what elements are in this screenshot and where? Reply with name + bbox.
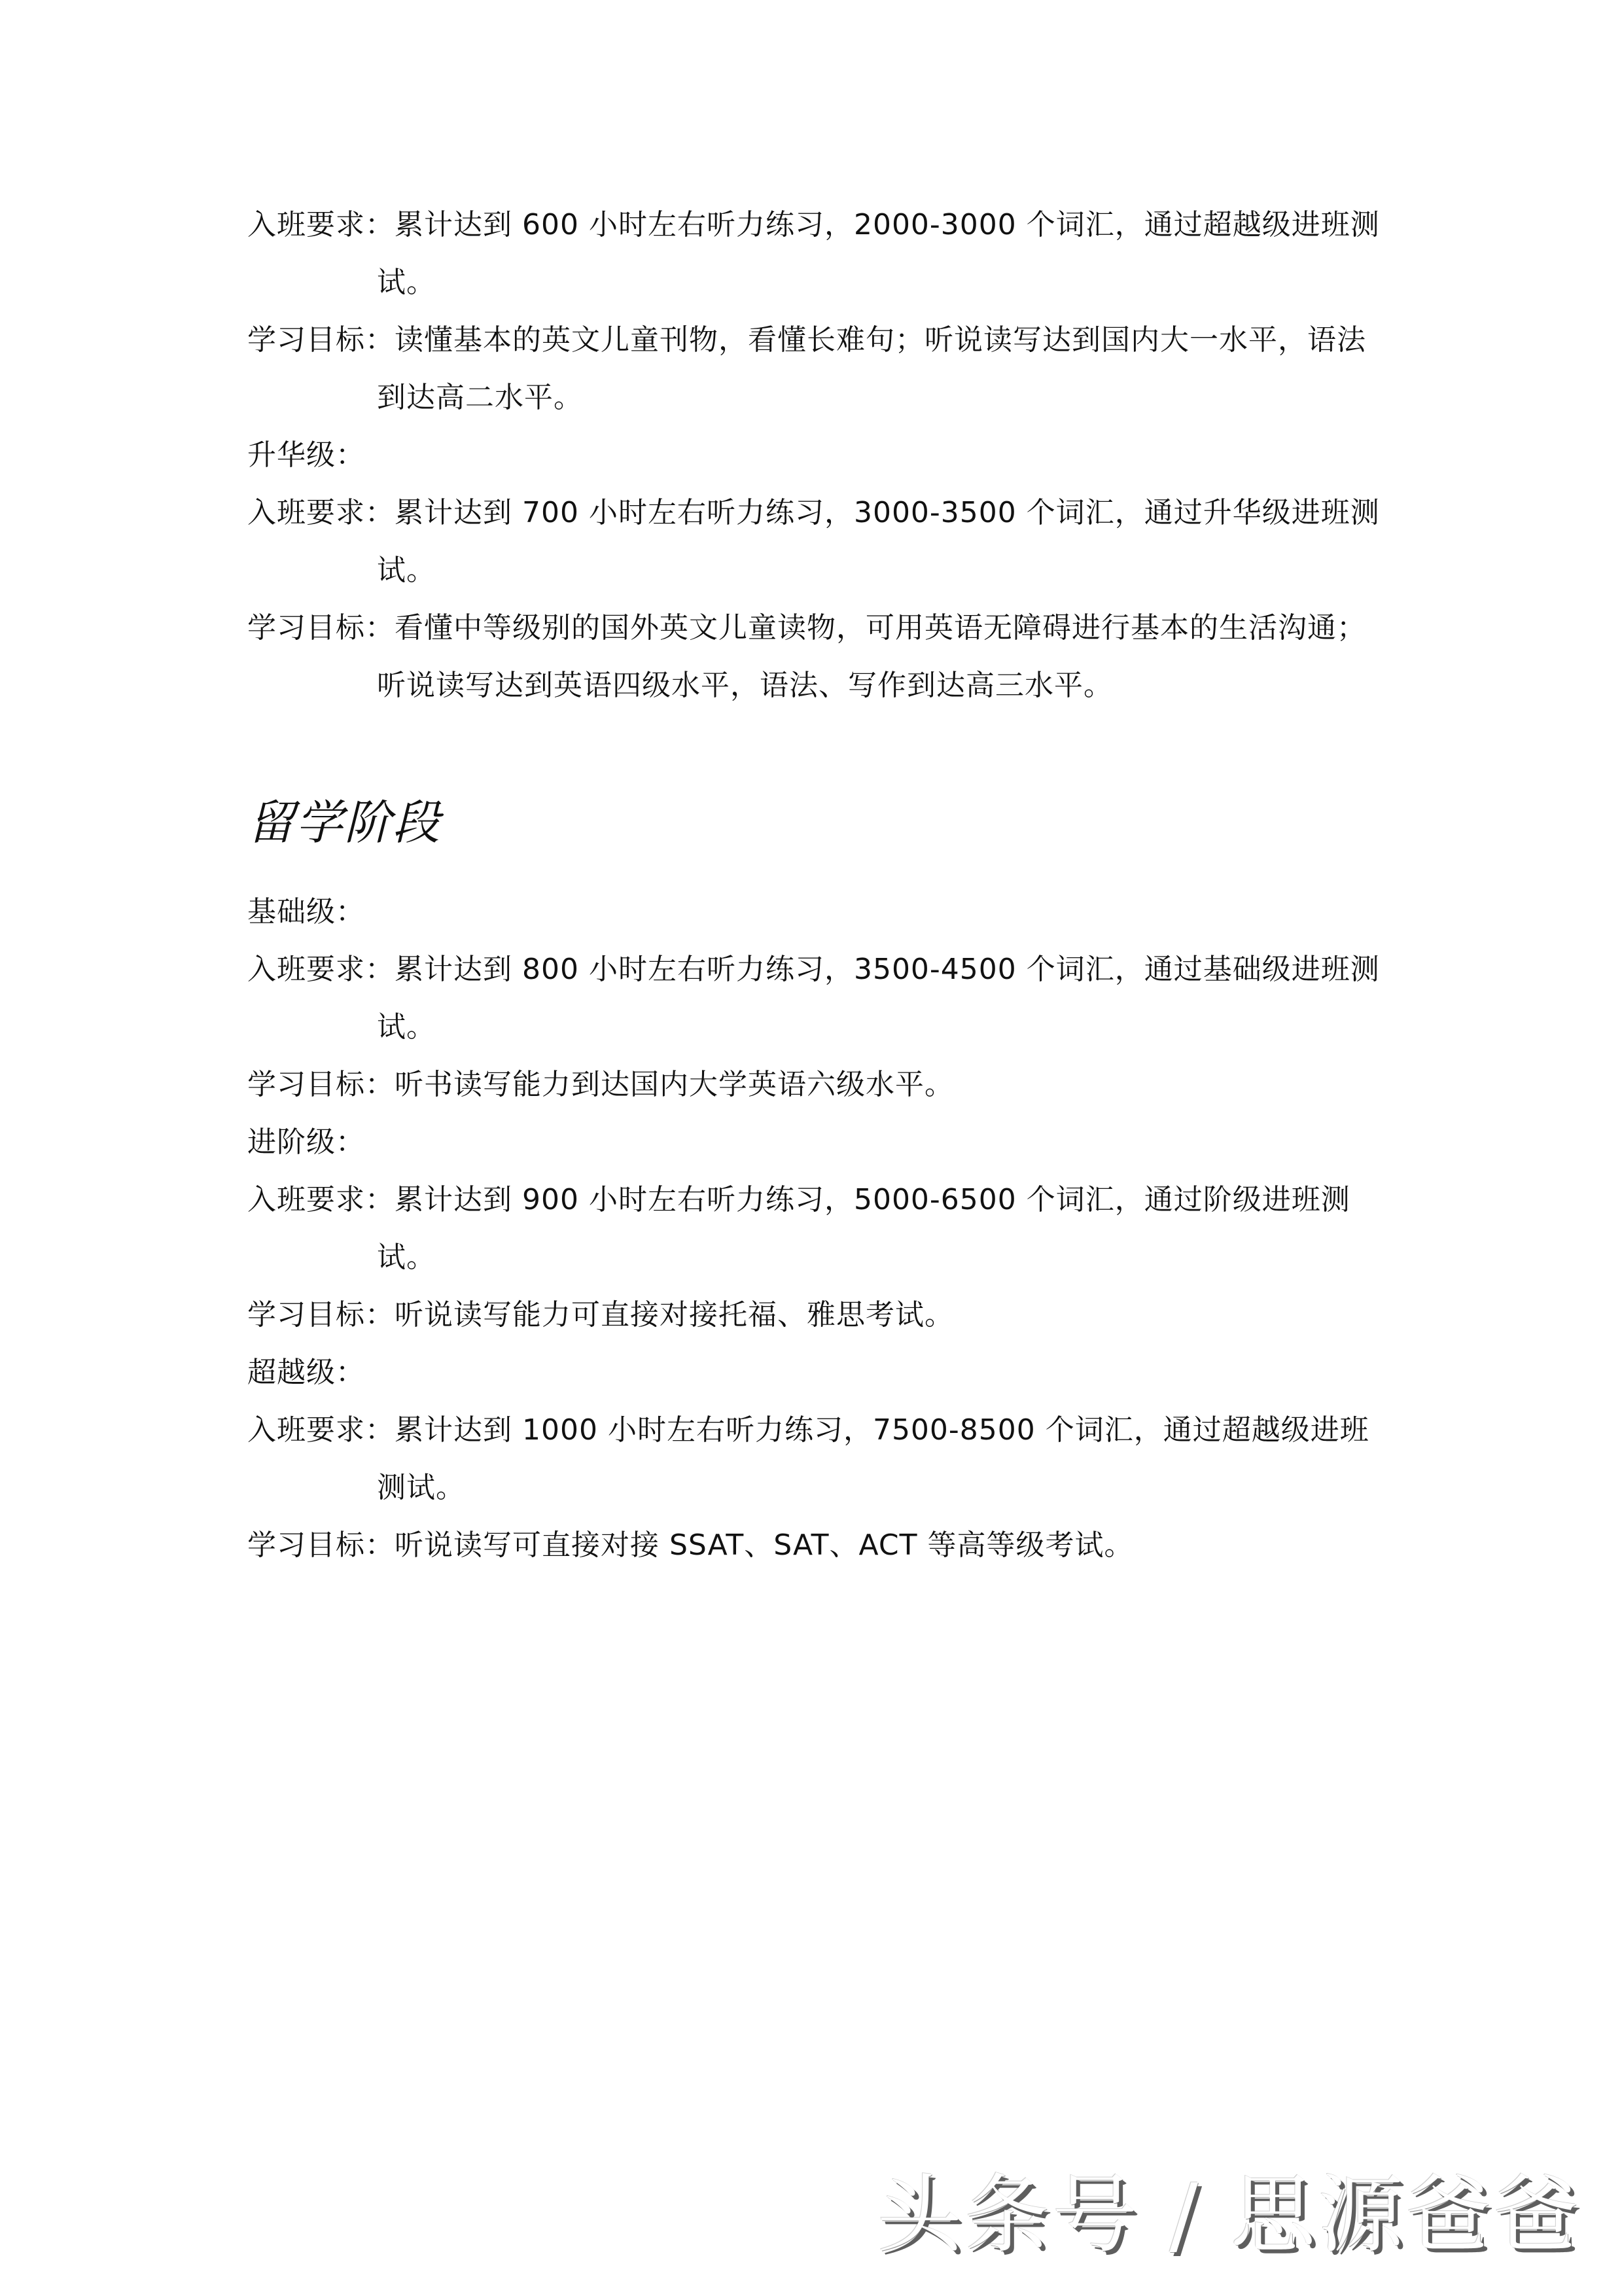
entry-requirement-label: 入班要求： — [247, 1183, 395, 1216]
level-heading-beyond: 超越级： — [247, 1344, 1386, 1402]
entry-requirement-text: 累计达到 900 小时左右听力练习，5000-6500 个词汇，通过阶级进班测试… — [377, 1183, 1350, 1274]
entry-requirement-text: 累计达到 800 小时左右听力练习，3500-4500 个词汇，通过基础级进班测… — [377, 953, 1380, 1044]
learning-goal-label: 学习目标： — [247, 1068, 395, 1101]
learning-goal-text: 看懂中等级别的国外英文儿童读物，可用英语无障碍进行基本的生活沟通；听说读写达到英… — [377, 611, 1366, 702]
entry-requirement-text: 累计达到 1000 小时左右听力练习，7500-8500 个词汇，通过超越级进班… — [377, 1413, 1369, 1504]
learning-goal-text: 读懂基本的英文儿童刊物，看懂长难句；听说读写达到国内大一水平，语法到达高二水平。 — [377, 323, 1366, 414]
learning-goal-paragraph: 学习目标：听说读写能力可直接对接托福、雅思考试。 — [247, 1286, 1386, 1344]
entry-requirement-label: 入班要求： — [247, 496, 395, 529]
learning-goal-text: 听书读写能力到达国内大学英语六级水平。 — [395, 1068, 954, 1101]
entry-requirement-label: 入班要求： — [247, 953, 395, 986]
learning-goal-paragraph: 学习目标：听书读写能力到达国内大学英语六级水平。 — [247, 1056, 1386, 1114]
learning-goal-label: 学习目标： — [247, 611, 395, 645]
entry-requirement-paragraph: 入班要求：累计达到 900 小时左右听力练习，5000-6500 个词汇，通过阶… — [247, 1171, 1386, 1286]
level-heading-advanced: 进阶级： — [247, 1114, 1386, 1171]
entry-requirement-label: 入班要求： — [247, 1413, 395, 1447]
learning-goal-label: 学习目标： — [247, 323, 395, 357]
entry-requirement-paragraph: 入班要求：累计达到 800 小时左右听力练习，3500-4500 个词汇，通过基… — [247, 941, 1386, 1056]
level-heading-shenghua: 升华级： — [247, 427, 1386, 484]
entry-requirement-label: 入班要求： — [247, 208, 395, 241]
document-page: 入班要求：累计达到 600 小时左右听力练习，2000-3000 个词汇，通过超… — [247, 196, 1386, 1574]
section-title: 留学阶段 — [247, 715, 1386, 883]
learning-goal-text: 听说读写可直接对接 SSAT、SAT、ACT 等高等级考试。 — [395, 1528, 1133, 1562]
learning-goal-label: 学习目标： — [247, 1528, 395, 1562]
entry-requirement-paragraph: 入班要求：累计达到 1000 小时左右听力练习，7500-8500 个词汇，通过… — [247, 1402, 1386, 1517]
entry-requirement-paragraph: 入班要求：累计达到 700 小时左右听力练习，3000-3500 个词汇，通过升… — [247, 484, 1386, 599]
learning-goal-paragraph: 学习目标：读懂基本的英文儿童刊物，看懂长难句；听说读写达到国内大一水平，语法到达… — [247, 311, 1386, 427]
entry-requirement-paragraph: 入班要求：累计达到 600 小时左右听力练习，2000-3000 个词汇，通过超… — [247, 196, 1386, 311]
level-heading-basic: 基础级： — [247, 883, 1386, 941]
entry-requirement-text: 累计达到 600 小时左右听力练习，2000-3000 个词汇，通过超越级进班测… — [377, 208, 1380, 299]
learning-goal-text: 听说读写能力可直接对接托福、雅思考试。 — [395, 1298, 954, 1332]
entry-requirement-text: 累计达到 700 小时左右听力练习，3000-3500 个词汇，通过升华级进班测… — [377, 496, 1380, 587]
learning-goal-paragraph: 学习目标：看懂中等级别的国外英文儿童读物，可用英语无障碍进行基本的生活沟通；听说… — [247, 599, 1386, 715]
learning-goal-paragraph: 学习目标：听说读写可直接对接 SSAT、SAT、ACT 等高等级考试。 — [247, 1517, 1386, 1574]
watermark: 头条号 / 思源爸爸 — [877, 2166, 1581, 2264]
learning-goal-label: 学习目标： — [247, 1298, 395, 1332]
